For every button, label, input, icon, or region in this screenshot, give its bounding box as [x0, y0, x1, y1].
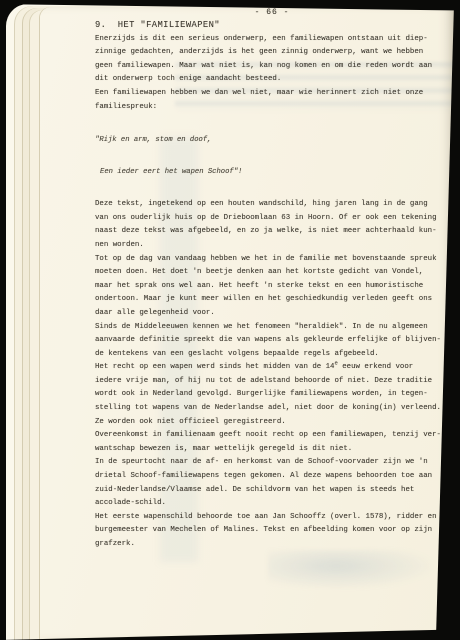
page-number: - 66 -	[95, 7, 449, 19]
bleedthrough-smudge-bottom	[268, 550, 438, 590]
chapter-heading: 9. HET "FAMILIEWAPEN"	[95, 19, 449, 33]
family-motto-verse: "Rijk en arm, stom en doof, Een ieder ee…	[95, 114, 449, 198]
page-content: - 66 - 9. HET "FAMILIEWAPEN" Enerzijds i…	[95, 7, 449, 552]
paragraph-1: Enerzijds is dit een serieus onderwerp, …	[95, 33, 449, 87]
paragraph-5: Het eerste wapenschild behoorde toe aan …	[95, 511, 449, 552]
scanned-book-photo: - 66 - 9. HET "FAMILIEWAPEN" Enerzijds i…	[0, 0, 460, 640]
verse-line-1: "Rijk en arm, stom en doof,	[95, 135, 449, 146]
verse-line-2: Een ieder eert het wapen Schoof"!	[95, 167, 449, 178]
paragraph-3: Deze tekst, ingetekend op een houten wan…	[95, 198, 449, 320]
paragraph-4: Sinds de Middeleeuwen kennen we het feno…	[95, 321, 449, 511]
paragraph-2: Een familiewapen hebben we dan wel niet,…	[95, 87, 449, 114]
paragraph-4-text-continued: eeuw erkend voor iedere vrije man, of hi…	[95, 363, 441, 507]
book-page: - 66 - 9. HET "FAMILIEWAPEN" Enerzijds i…	[40, 7, 454, 640]
